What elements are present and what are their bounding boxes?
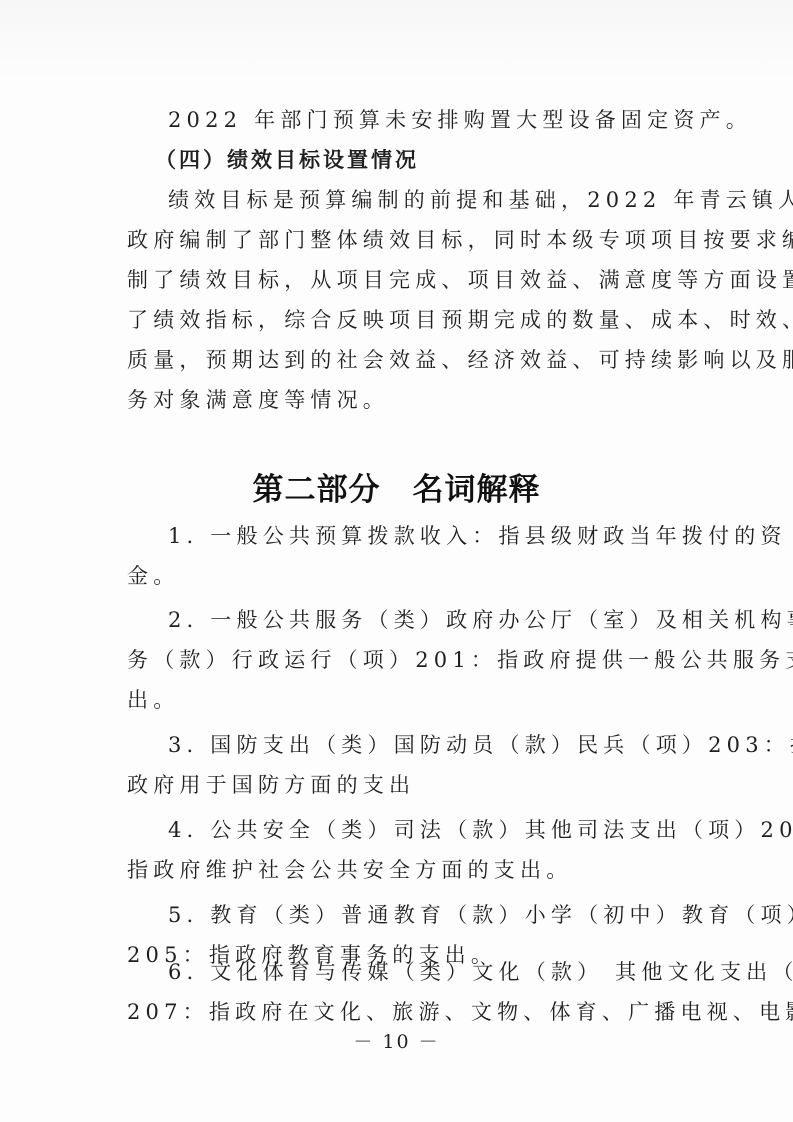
definition-line: 2. 一般公共服务（类）政府办公厅（室）及相关机构事: [168, 606, 693, 634]
definition-line: 指政府维护社会公共安全方面的支出。: [127, 856, 693, 884]
section-heading: （四）绩效目标设置情况: [155, 146, 721, 174]
definition-line: 6. 文化体育与传媒（类）文化（款） 其他文化支出（项）: [168, 958, 693, 986]
part-title: 第二部分 名词解释: [0, 470, 793, 510]
definition-line: 207：指政府在文化、旅游、文物、体育、广播电视、电影、: [127, 998, 693, 1026]
paragraph-line: 制了绩效目标，从项目完成、项目效益、满意度等方面设置: [127, 266, 693, 294]
definition-line: 出。: [127, 686, 693, 714]
paragraph-line: 了绩效指标，综合反映项目预期完成的数量、成本、时效、: [127, 306, 693, 334]
definition-line: 务（款）行政运行（项）201：指政府提供一般公共服务支: [127, 646, 693, 674]
paragraph-line: 2022 年部门预算未安排购置大型设备固定资产。: [168, 106, 693, 134]
definition-line: 5. 教育（类）普通教育（款）小学（初中）教育（项）: [168, 901, 693, 929]
definition-line: 金。: [127, 562, 693, 590]
page-number: － 10 －: [0, 1027, 793, 1054]
scan-shadow: [0, 0, 793, 80]
definition-line: 4. 公共安全（类）司法（款）其他司法支出（项）204：: [168, 816, 693, 844]
definition-line: 3. 国防支出（类）国防动员（款）民兵（项）203：指: [168, 731, 693, 759]
document-page: 2022 年部门预算未安排购置大型设备固定资产。 （四）绩效目标设置情况 绩效目…: [0, 0, 793, 1122]
definition-line: 1. 一般公共预算拨款收入：指县级财政当年拨付的资: [168, 522, 693, 550]
paragraph-line: 政府编制了部门整体绩效目标，同时本级专项项目按要求编: [127, 226, 693, 254]
paragraph-line: 务对象满意度等情况。: [127, 386, 693, 414]
paragraph-line: 绩效目标是预算编制的前提和基础，2022 年青云镇人民: [168, 186, 693, 214]
definition-line: 政府用于国防方面的支出: [127, 771, 693, 799]
paragraph-line: 质量，预期达到的社会效益、经济效益、可持续影响以及服: [127, 346, 693, 374]
